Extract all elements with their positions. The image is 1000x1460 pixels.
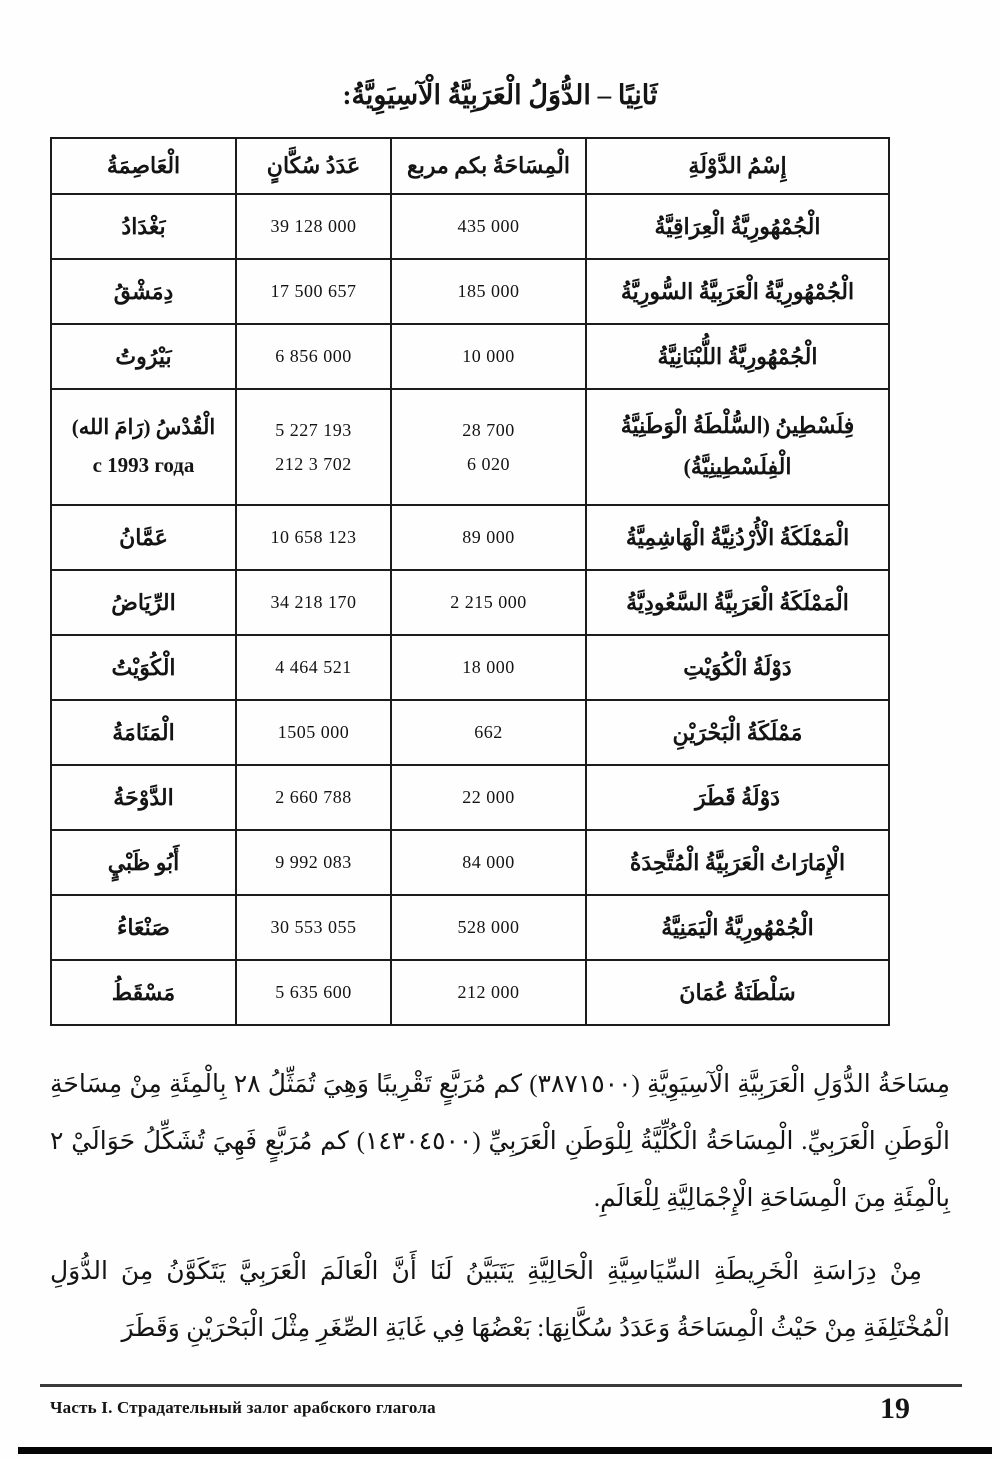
cell-capital: بَيْرُوتُ	[51, 324, 236, 389]
cell-country-name: الْمَمْلَكَةُ الْعَرَبِيَّةُ السَّعُودِي…	[586, 570, 889, 635]
cell-population: 5 635 600	[236, 960, 391, 1025]
arab-asian-countries-table: الْعَاصِمَةُ عَدَدُ سُكَّانٍ الْمِسَاحَة…	[50, 137, 890, 1026]
paragraph-area-statistics: مِسَاحَةُ الدُّوَلِ الْعَرَبِيَّةِ الْآس…	[50, 1056, 950, 1227]
cell-country-name: الْجُمْهُورِيَّةُ اللُّبْنَانِيَّةُ	[586, 324, 889, 389]
cell-population: 10 658 123	[236, 505, 391, 570]
cell-area: 28 700 6 020	[391, 389, 586, 505]
cell-area: 89 000	[391, 505, 586, 570]
page-footer: Часть I. Страдательный залог арабского г…	[50, 1392, 910, 1426]
cell-capital: عَمَّانُ	[51, 505, 236, 570]
cell-population: 17 500 657	[236, 259, 391, 324]
footer-section-title: Часть I. Страдательный залог арабского г…	[50, 1392, 436, 1418]
table-row-jordan: عَمَّانُ 10 658 123 89 000 الْمَمْلَكَةُ…	[51, 505, 889, 570]
cell-country-name: الْجُمْهُورِيَّةُ الْعَرَبِيَّةُ السُّور…	[586, 259, 889, 324]
cell-country-name: دَوْلَةُ الْكُوَيْتِ	[586, 635, 889, 700]
cell-country-name: الْجُمْهُورِيَّةُ الْيَمَنِيَّةُ	[586, 895, 889, 960]
table-row-oman: مَسْقَطُ 5 635 600 212 000 سَلْطَنَةُ عُ…	[51, 960, 889, 1025]
cell-capital: مَسْقَطُ	[51, 960, 236, 1025]
table-header-row: الْعَاصِمَةُ عَدَدُ سُكَّانٍ الْمِسَاحَة…	[51, 138, 889, 194]
cell-population: 1505 000	[236, 700, 391, 765]
header-area: الْمِسَاحَةُ بكم مربع	[391, 138, 586, 194]
document-page: { "page": { "title": "ثَانِيًا – الدُّوَ…	[0, 0, 1000, 1460]
header-capital: الْعَاصِمَةُ	[51, 138, 236, 194]
cell-capital: الْكُوَيْتُ	[51, 635, 236, 700]
cell-population: 2 660 788	[236, 765, 391, 830]
cell-area: 10 000	[391, 324, 586, 389]
cell-country-name: سَلْطَنَةُ عُمَانَ	[586, 960, 889, 1025]
cell-country-name: مَمْلَكَةُ الْبَحْرَيْنِ	[586, 700, 889, 765]
page-title: ثَانِيًا – الدُّوَلُ الْعَرَبِيَّةُ الْآ…	[0, 0, 1000, 111]
table-row-bahrain: الْمَنَامَةُ 1505 000 662 مَمْلَكَةُ الْ…	[51, 700, 889, 765]
cell-area: 185 000	[391, 259, 586, 324]
cell-population: 34 218 170	[236, 570, 391, 635]
cell-country-name: فِلَسْطِينُ (السُّلْطَةُ الْوَطَنِيَّةُ …	[586, 389, 889, 505]
cell-capital: الْمَنَامَةُ	[51, 700, 236, 765]
cell-population: 39 128 000	[236, 194, 391, 259]
cell-country-name: الْجُمْهُورِيَّةُ الْعِرَاقِيَّةُ	[586, 194, 889, 259]
table-row-saudi-arabia: الرِّيَاضُ 34 218 170 2 215 000 الْمَمْل…	[51, 570, 889, 635]
page-number: 19	[880, 1392, 910, 1426]
table-row-kuwait: الْكُوَيْتُ 4 464 521 18 000 دَوْلَةُ ال…	[51, 635, 889, 700]
cell-capital: الرِّيَاضُ	[51, 570, 236, 635]
cell-area: 662	[391, 700, 586, 765]
cell-capital: الدَّوْحَةُ	[51, 765, 236, 830]
cell-capital: بَغْدَادُ	[51, 194, 236, 259]
cell-area: 18 000	[391, 635, 586, 700]
table-row-iraq: بَغْدَادُ 39 128 000 435 000 الْجُمْهُور…	[51, 194, 889, 259]
cell-country-name: الْإِمَارَاتُ الْعَرَبِيَّةُ الْمُتَّحِد…	[586, 830, 889, 895]
paragraph-political-map: مِنْ دِرَاسَةِ الْخَرِيطَةِ السِّيَاسِيَ…	[50, 1243, 950, 1357]
cell-capital: أَبُو ظَبْيٍ	[51, 830, 236, 895]
cell-population: 5 227 193 212 3 702	[236, 389, 391, 505]
cell-population: 9 992 083	[236, 830, 391, 895]
cell-capital: دِمَشْقُ	[51, 259, 236, 324]
scan-artifact-line	[18, 1447, 992, 1454]
table-row-palestine: الْقُدْسُ (رَامَ الله) с 1993 года 5 227…	[51, 389, 889, 505]
cell-country-name: دَوْلَةُ قَطَرَ	[586, 765, 889, 830]
cell-population: 6 856 000	[236, 324, 391, 389]
cell-area: 22 000	[391, 765, 586, 830]
header-country-name: إِسْمُ الدَّوْلَةِ	[586, 138, 889, 194]
table-row-uae: أَبُو ظَبْيٍ 9 992 083 84 000 الْإِمَارَ…	[51, 830, 889, 895]
cell-population: 4 464 521	[236, 635, 391, 700]
header-population: عَدَدُ سُكَّانٍ	[236, 138, 391, 194]
table-row-yemen: صَنْعَاءُ 30 553 055 528 000 الْجُمْهُور…	[51, 895, 889, 960]
footer-divider	[40, 1384, 962, 1387]
cell-area: 528 000	[391, 895, 586, 960]
table-row-lebanon: بَيْرُوتُ 6 856 000 10 000 الْجُمْهُورِي…	[51, 324, 889, 389]
table-row-qatar: الدَّوْحَةُ 2 660 788 22 000 دَوْلَةُ قَ…	[51, 765, 889, 830]
cell-population: 30 553 055	[236, 895, 391, 960]
cell-capital: الْقُدْسُ (رَامَ الله) с 1993 года	[51, 389, 236, 505]
cell-area: 212 000	[391, 960, 586, 1025]
table-row-syria: دِمَشْقُ 17 500 657 185 000 الْجُمْهُورِ…	[51, 259, 889, 324]
cell-capital: صَنْعَاءُ	[51, 895, 236, 960]
cell-area: 435 000	[391, 194, 586, 259]
cell-country-name: الْمَمْلَكَةُ الْأُرْدُنِيَّةُ الْهَاشِم…	[586, 505, 889, 570]
cell-area: 84 000	[391, 830, 586, 895]
cell-area: 2 215 000	[391, 570, 586, 635]
